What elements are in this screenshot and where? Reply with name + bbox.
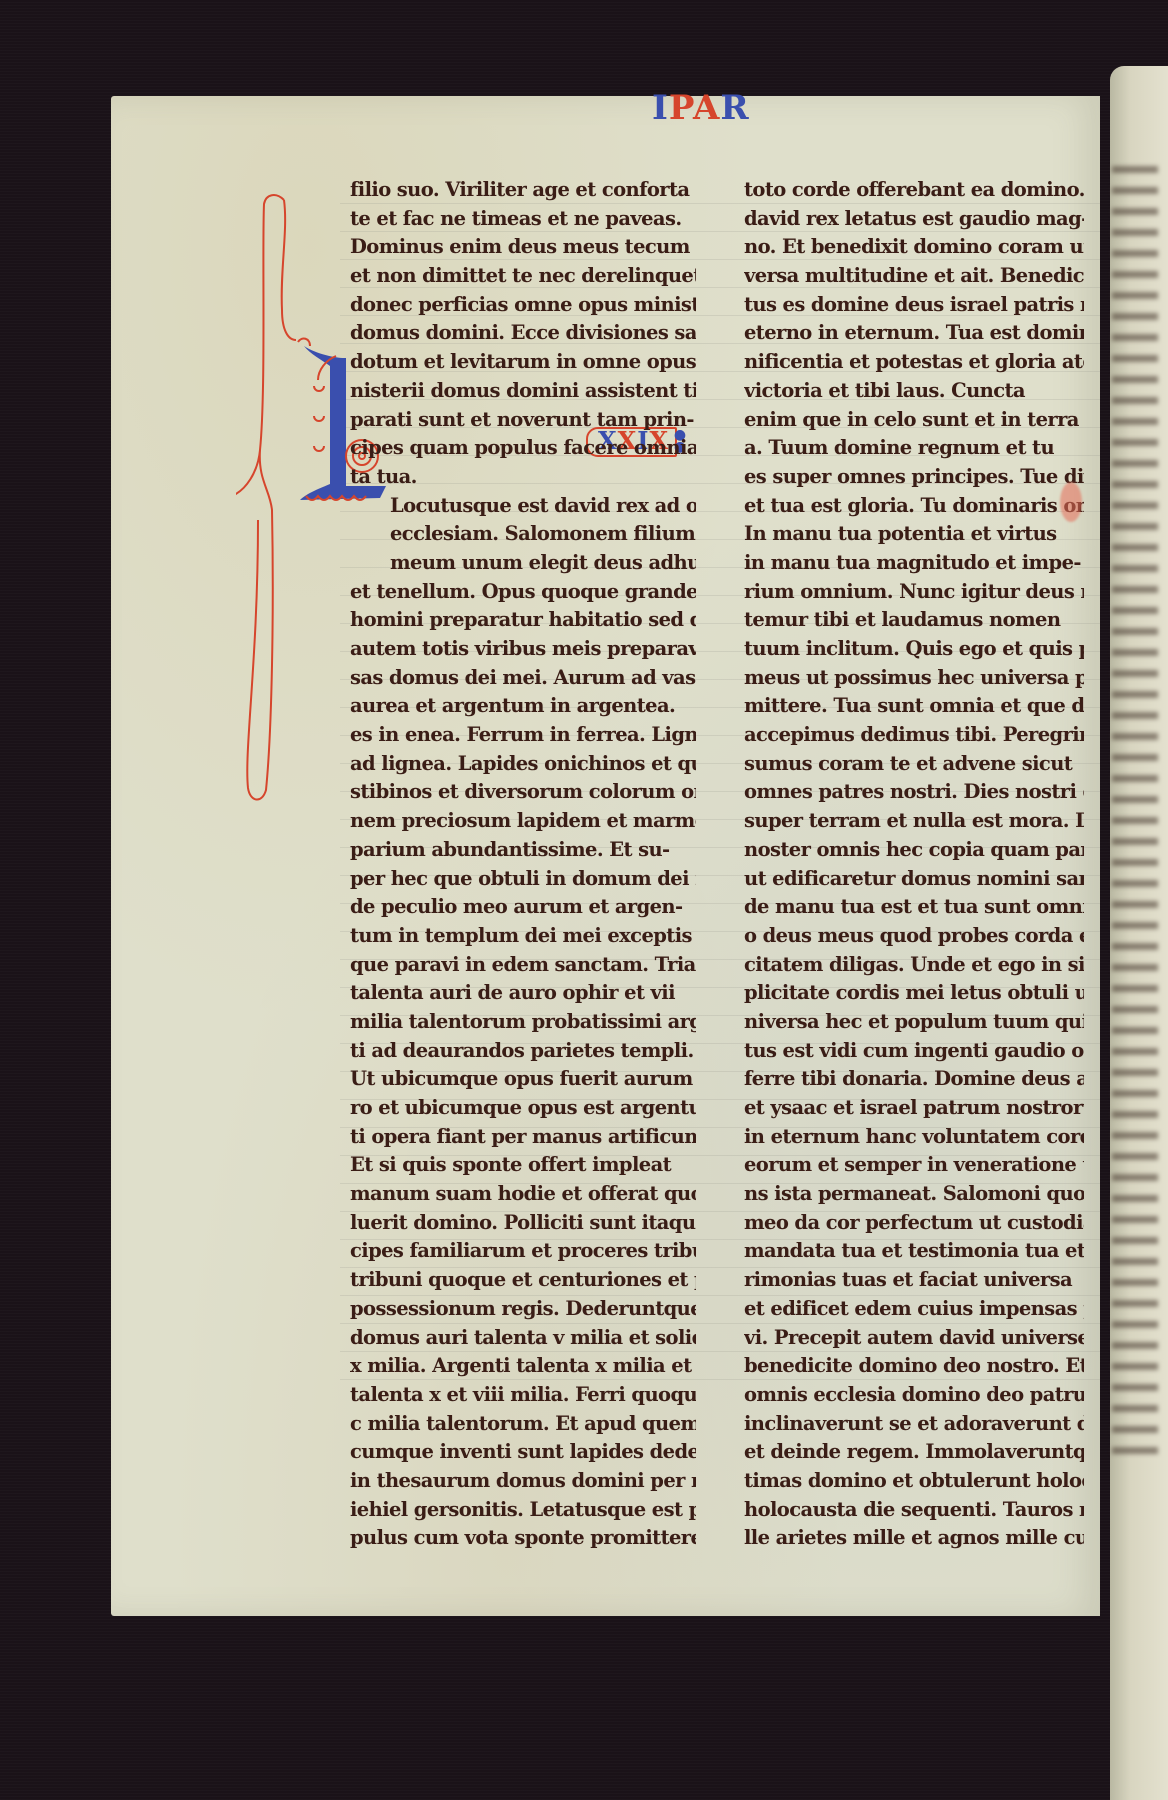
text-line: parium abundantissime. Et su- — [350, 836, 696, 865]
text-line: noster omnis hec copia quam paravimus — [744, 836, 1084, 865]
text-line: in thesaurum domus domini per manum — [350, 1467, 696, 1496]
text-line: in eternum hanc voluntatem cordis — [744, 1123, 1084, 1152]
text-line: super terram et nulla est mora. Domine d… — [744, 807, 1084, 836]
text-line: victoria et tibi laus. Cuncta — [744, 377, 1084, 406]
text-line: eorum et semper in veneratione tui me- — [744, 1151, 1084, 1180]
text-line: accepimus dedimus tibi. Peregrini — [744, 721, 1084, 750]
text-line: tum in templum dei mei exceptis his — [350, 922, 696, 951]
text-line: parati sunt et noverunt tam prin- — [350, 406, 696, 435]
text-line: timas domino et obtulerunt holocausta — [744, 1467, 1084, 1496]
running-head: IPAR — [652, 88, 750, 138]
text-line: donec perficias omne opus ministerii — [350, 291, 696, 320]
text-line: possessionum regis. Dederuntque in opera — [350, 1295, 696, 1324]
text-line: tribuni quoque et centuriones et princip… — [350, 1266, 696, 1295]
text-line: stibinos et diversorum colorum om- — [350, 778, 696, 807]
text-line: Dominus enim deus meus tecum erit — [350, 233, 696, 262]
text-line: de manu tua est et tua sunt omnia. Sci- — [744, 893, 1084, 922]
text-line: meo da cor perfectum ut custodiat — [744, 1209, 1084, 1238]
text-line: et non dimittet te nec derelinquet — [350, 262, 696, 291]
text-line: plicitate cordis mei letus obtuli u- — [744, 979, 1084, 1008]
text-line: ti opera fiant per manus artificum. — [350, 1123, 696, 1152]
text-column-left: filio suo. Viriliter age et confortate e… — [350, 176, 696, 1553]
margin-rubric-mark — [1060, 482, 1082, 522]
text-line: niversa hec et populum tuum qui hic repe… — [744, 1008, 1084, 1037]
text-column-right: toto corde offerebant ea domino. Sed etd… — [744, 176, 1084, 1553]
text-line: meum unum elegit deus adhuc puerum — [350, 549, 696, 578]
text-line: inclinaverunt se et adoraverunt deum — [744, 1410, 1084, 1439]
text-line: x milia. Argenti talenta x milia et eris — [350, 1352, 696, 1381]
text-line: rimonias tuas et faciat universa — [744, 1266, 1084, 1295]
text-line: ut edificaretur domus nomini sancto tuo — [744, 865, 1084, 894]
text-line: tus es domine deus israel patris nostri … — [744, 291, 1084, 320]
text-line: que paravi in edem sanctam. Tria milia — [350, 951, 696, 980]
text-line: domus domini. Ecce divisiones sacer- — [350, 319, 696, 348]
text-line: nem preciosum lapidem et marmor — [350, 807, 696, 836]
text-line: temur tibi et laudamus nomen — [744, 606, 1084, 635]
text-line: nisterii domus domini assistent tibi et — [350, 377, 696, 406]
text-line: Et si quis sponte offert impleat — [350, 1151, 696, 1180]
text-line: holocausta die sequenti. Tauros mi- — [744, 1496, 1084, 1525]
text-line: et tenellum. Opus quoque grande est nequ… — [350, 578, 696, 607]
text-line: ecclesiam. Salomonem filium — [350, 520, 696, 549]
text-line: ns ista permaneat. Salomoni quoque filio — [744, 1180, 1084, 1209]
text-line: autem totis viribus meis preparavi impen… — [350, 635, 696, 664]
text-line: de peculio meo aurum et argen- — [350, 893, 696, 922]
running-head-blue-2: R — [720, 88, 749, 128]
text-line: In manu tua potentia et virtus — [744, 520, 1084, 549]
text-line: milia talentorum probatissimi argen- — [350, 1008, 696, 1037]
text-line: ad lignea. Lapides onichinos et quasi — [350, 750, 696, 779]
text-line: ti ad deaurandos parietes templi. — [350, 1037, 696, 1066]
text-line: et deinde regem. Immolaveruntque vic- — [744, 1438, 1084, 1467]
text-line: lle arietes mille et agnos mille cum — [744, 1524, 1084, 1553]
text-line: cipes quam populus facere omnia precep- — [350, 434, 696, 463]
text-line: te et fac ne timeas et ne paveas. — [350, 205, 696, 234]
text-line: toto corde offerebant ea domino. Sed et — [744, 176, 1084, 205]
text-line: es super omnes principes. Tue divitie — [744, 463, 1084, 492]
text-line: talenta auri de auro ophir et vii — [350, 979, 696, 1008]
text-line: omnes patres nostri. Dies nostri quasi u… — [744, 778, 1084, 807]
text-line: eterno in eternum. Tua est domine mag- — [744, 319, 1084, 348]
text-line: domus auri talenta v milia et solidos — [350, 1324, 696, 1353]
text-line: ferre tibi donaria. Domine deus abraham — [744, 1065, 1084, 1094]
text-line: et ysaac et israel patrum nostrorum cust… — [744, 1094, 1084, 1123]
text-line: cumque inventi sunt lapides dederunt — [350, 1438, 696, 1467]
text-line: Locutusque est david rex ad omnem — [350, 492, 696, 521]
text-line: c milia talentorum. Et apud quem- — [350, 1410, 696, 1439]
text-line: ro et ubicumque opus est argentum argen- — [350, 1094, 696, 1123]
text-line: cipes familiarum et proceres tribuum isr… — [350, 1237, 696, 1266]
text-line: versa multitudine et ait. Benedic- — [744, 262, 1084, 291]
running-head-red: PA — [669, 88, 720, 128]
facing-page-text-shadow — [1112, 166, 1158, 1466]
text-line: et tua est gloria. Tu dominaris omnium. — [744, 492, 1084, 521]
text-line: rium omnium. Nunc igitur deus noster con… — [744, 578, 1084, 607]
text-line: citatem diligas. Unde et ego in sim- — [744, 951, 1084, 980]
text-line: aurea et argentum in argentea. — [350, 692, 696, 721]
running-head-blue: I — [652, 88, 669, 128]
text-line: in manu tua magnitudo et impe- — [744, 549, 1084, 578]
text-line: sas domus dei mei. Aurum ad vasa — [350, 664, 696, 693]
text-line: enim que in celo sunt et in terra tu- — [744, 406, 1084, 435]
text-line: pulus cum vota sponte promitterent quia — [350, 1524, 696, 1553]
text-line: nificentia et potestas et gloria atque — [744, 348, 1084, 377]
text-line: benedicite domino deo nostro. Et benedix… — [744, 1352, 1084, 1381]
text-line: luerit domino. Polliciti sunt itaque pri… — [350, 1209, 696, 1238]
text-line: vi. Precepit autem david universe eccles… — [744, 1324, 1084, 1353]
text-line: omnis ecclesia domino deo patrum suorum … — [744, 1381, 1084, 1410]
text-line: david rex letatus est gaudio mag- — [744, 205, 1084, 234]
text-line: es in enea. Ferrum in ferrea. Ligna — [350, 721, 696, 750]
text-line: iehiel gersonitis. Letatusque est po- — [350, 1496, 696, 1525]
text-line: talenta x et viii milia. Ferri quoque — [350, 1381, 696, 1410]
text-line: meus ut possimus hec universa pro- — [744, 664, 1084, 693]
text-line: ta tua. — [350, 463, 696, 492]
text-line: o deus meus quod probes corda et simpli- — [744, 922, 1084, 951]
text-line: sumus coram te et advene sicut — [744, 750, 1084, 779]
text-line: dotum et levitarum in omne opus mi- — [350, 348, 696, 377]
text-line: Ut ubicumque opus fuerit aurum de au- — [350, 1065, 696, 1094]
text-line: tus est vidi cum ingenti gaudio of- — [744, 1037, 1084, 1066]
text-line: per hec que obtuli in domum dei mei — [350, 865, 696, 894]
facing-page-edge — [1110, 66, 1168, 1800]
text-line: filio suo. Viriliter age et conforta — [350, 176, 696, 205]
text-line: manum suam hodie et offerat quod vo- — [350, 1180, 696, 1209]
text-line: a. Tuum domine regnum et tu — [744, 434, 1084, 463]
text-line: tuum inclitum. Quis ego et quis populus — [744, 635, 1084, 664]
text-line: no. Et benedixit domino coram uni- — [744, 233, 1084, 262]
text-line: mittere. Tua sunt omnia et que de manu t… — [744, 692, 1084, 721]
text-line: mandata tua et testimonia tua et ce- — [744, 1237, 1084, 1266]
text-line: homini preparatur habitatio sed deo. Ego — [350, 606, 696, 635]
text-line: et edificet edem cuius impensas para- — [744, 1295, 1084, 1324]
